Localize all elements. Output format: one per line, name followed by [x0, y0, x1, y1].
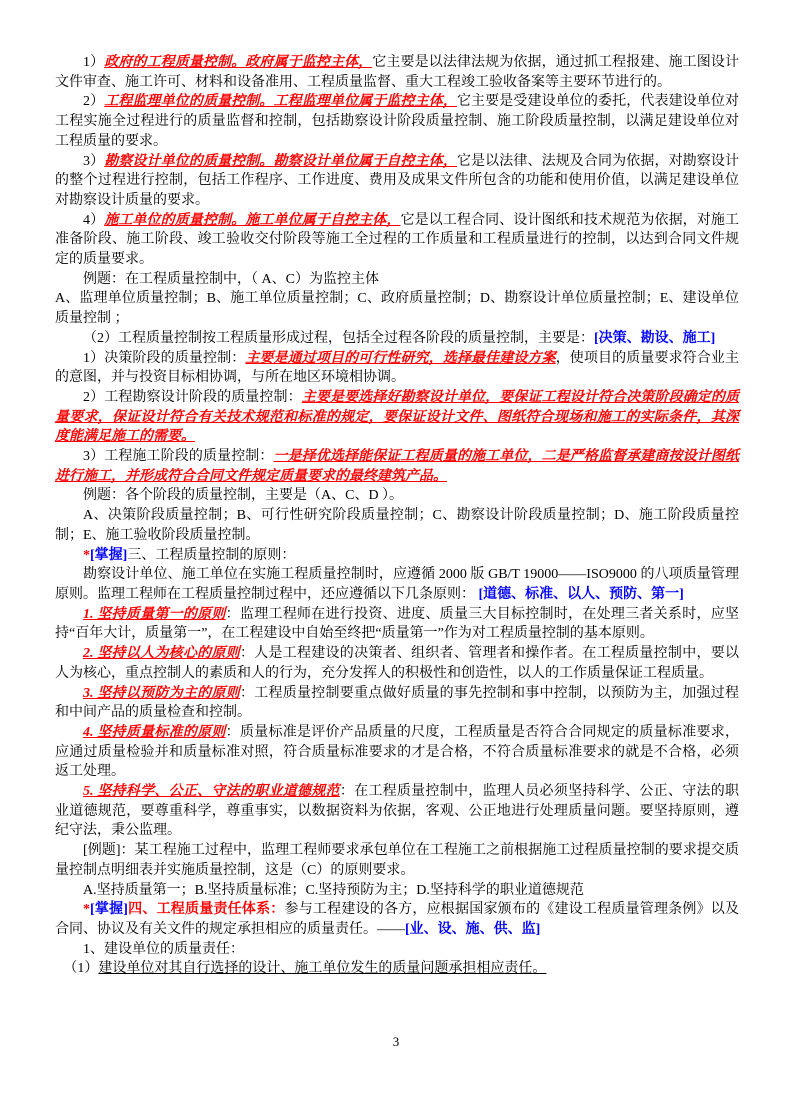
underlined-text: 建设单位对其自行选择的设计、施工单位发生的质量问题承担相应责任。	[98, 961, 546, 976]
paragraph: （2）工程质量控制按工程质量形成过程，包括全过程各阶段的质量控制，主要是：[决策…	[55, 329, 739, 349]
text-run: A.坚持质量第一；B.坚持质量标准；C.坚持预防为主；D.坚持科学的职业道德规范	[83, 883, 584, 898]
paragraph: 4. 坚持质量标准的原则：质量标准是评价产品质量的尺度，工程质量是否符合合同规定…	[55, 723, 739, 782]
paragraph: 4）施工单位的质量控制。施工单位属于自控主体，它是以工程合同、设计图纸和技术规范…	[55, 211, 739, 270]
paragraph: 勘察设计单位、施工单位在实施工程质量控制时，应遵循 2000 版 GB/T 19…	[55, 565, 739, 604]
text-run: （2）工程质量控制按工程质量形成过程，包括全过程各阶段的质量控制，主要是：	[83, 331, 594, 346]
paragraph: 例题：各个阶段的质量控制，主要是（A、C、D ）。	[55, 486, 739, 506]
paragraph: 3）勘察设计单位的质量控制。勘察设计单位属于自控主体，它是以法律、法规及合同为依…	[55, 152, 739, 211]
paragraph: 2）工程监理单位的质量控制。工程监理单位属于监控主体，它主要是受建设单位的委托，…	[55, 92, 739, 151]
red-emphasis-text: 5. 坚持科学、公正、守法的职业道德规范	[83, 784, 340, 799]
paragraph: 1、建设单位的质量责任：	[55, 940, 739, 960]
paragraph: 例题：在工程质量控制中，（ A、C）为监控主体	[55, 270, 739, 290]
paragraph: 1）决策阶段的质量控制：主要是通过项目的可行性研究，选择最佳建设方案，使项目的质…	[55, 349, 739, 388]
red-emphasis-text: 勘察设计单位的质量控制。勘察设计单位属于自控主体，	[104, 154, 457, 169]
text-run: 1）	[83, 55, 104, 70]
text-run: 4）	[83, 213, 104, 228]
paragraph: A.坚持质量第一；B.坚持质量标准；C.坚持预防为主；D.坚持科学的职业道德规范	[55, 881, 739, 901]
asterisk-marker: *	[83, 548, 90, 563]
text-run: [例题]：某工程施工过程中，监理工程师要求承包单位在工程施工之前根据施工过程质量…	[55, 843, 739, 878]
text-run: 2）	[83, 94, 104, 109]
text-run: 2）工程勘察设计阶段的质量控制：	[83, 390, 302, 405]
paragraph: [例题]：某工程施工过程中，监理工程师要求承包单位在工程施工之前根据施工过程质量…	[55, 841, 739, 880]
text-run: 例题：在工程质量控制中，（ A、C）为监控主体	[83, 272, 379, 287]
red-emphasis-text: 工程监理单位的质量控制。工程监理单位属于监控主体，	[104, 94, 457, 109]
paragraph: 5. 坚持科学、公正、守法的职业道德规范：在工程质量控制中，监理人员必须坚持科学…	[55, 782, 739, 841]
page-number: 3	[0, 1034, 792, 1050]
paragraph: 3）工程施工阶段的质量控制：一是择优选择能保证工程质量的施工单位，二是严格监督承…	[55, 447, 739, 486]
text-run: 1）决策阶段的质量控制：	[83, 351, 245, 366]
blue-mnemonic-text: [道德、标准、以人、预防、第一]	[479, 587, 684, 602]
text-run: （1）	[63, 961, 98, 976]
red-emphasis-text: 2. 坚持以人为核心的原则	[83, 646, 240, 661]
red-section-heading: 四、工程质量责任体系：	[128, 902, 285, 917]
blue-mnemonic-text: [掌握]	[90, 548, 127, 563]
text-run: A、决策阶段质量控制；B、可行性研究阶段质量控制；C、勘察设计阶段质量控制；D、…	[55, 508, 739, 543]
paragraph: 3. 坚持以预防为主的原则：工程质量控制要重点做好质量的事先控制和事中控制，以预…	[55, 684, 739, 723]
text-run: 3）工程施工阶段的质量控制：	[83, 449, 274, 464]
text-run: 3）	[83, 154, 104, 169]
paragraph: A、决策阶段质量控制；B、可行性研究阶段质量控制；C、勘察设计阶段质量控制；D、…	[55, 506, 739, 545]
red-emphasis-text: 3. 坚持以预防为主的原则	[83, 686, 240, 701]
asterisk-marker: *	[83, 902, 90, 917]
text-run: 例题：各个阶段的质量控制，主要是（A、C、D ）。	[83, 488, 403, 503]
paragraph: 2. 坚持以人为核心的原则：人是工程建设的决策者、组织者、管理者和操作者。在工程…	[55, 644, 739, 683]
paragraph: 2）工程勘察设计阶段的质量控制：主要是要选择好勘察设计单位，要保证工程设计符合决…	[55, 388, 739, 447]
red-emphasis-text: 施工单位的质量控制。施工单位属于自控主体，	[104, 213, 400, 228]
blue-mnemonic-text: [掌握]	[90, 902, 128, 917]
blue-mnemonic-text: [业、设、施、供、监]	[405, 922, 540, 937]
paragraph: *[掌握]三、工程质量控制的原则：	[55, 546, 739, 566]
red-emphasis-text: 4. 坚持质量标准的原则	[83, 725, 226, 740]
document-content: 1）政府的工程质量控制。政府属于监控主体，它主要是以法律法规为依据，通过抓工程报…	[55, 53, 739, 979]
text-run: A、监理单位质量控制；B、施工单位质量控制；C、政府质量控制；D、勘察设计单位质…	[55, 291, 739, 326]
paragraph: A、监理单位质量控制；B、施工单位质量控制；C、政府质量控制；D、勘察设计单位质…	[55, 289, 739, 328]
paragraph: （1）建设单位对其自行选择的设计、施工单位发生的质量问题承担相应责任。	[55, 959, 739, 979]
paragraph: 1）政府的工程质量控制。政府属于监控主体，它主要是以法律法规为依据，通过抓工程报…	[55, 53, 739, 92]
red-emphasis-text: 1. 坚持质量第一的原则	[83, 607, 226, 622]
text-run: 1、建设单位的质量责任：	[83, 942, 244, 957]
red-emphasis-text: 主要是通过项目的可行性研究，选择最佳建设方案	[245, 351, 555, 366]
text-run: 三、工程质量控制的原则：	[127, 548, 295, 563]
paragraph: *[掌握]四、工程质量责任体系：参与工程建设的各方，应根据国家颁布的《建设工程质…	[55, 900, 739, 939]
red-emphasis-text: 政府的工程质量控制。政府属于监控主体，	[104, 55, 372, 70]
paragraph: 1. 坚持质量第一的原则：监理工程师在进行投资、进度、质量三大目标控制时，在处理…	[55, 605, 739, 644]
document-page: 1）政府的工程质量控制。政府属于监控主体，它主要是以法律法规为依据，通过抓工程报…	[0, 0, 792, 1120]
blue-mnemonic-text: [决策、勘设、施工]	[594, 331, 715, 346]
